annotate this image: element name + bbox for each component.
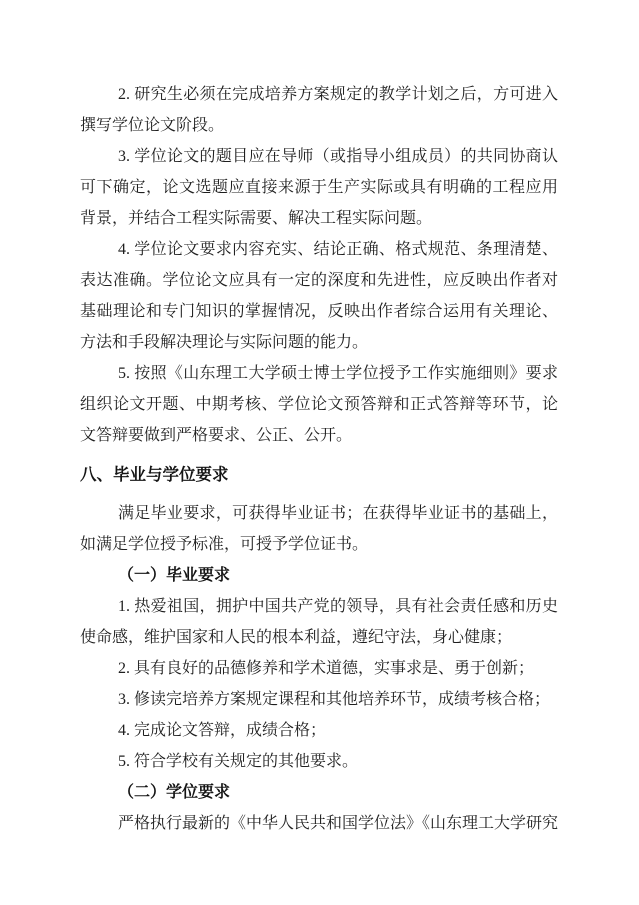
section-heading-graduation-and-degree: 八、毕业与学位要求 [80, 460, 558, 491]
paragraph-graduation-item-4: 4. 完成论文答辩，成绩合格； [80, 715, 558, 746]
paragraph-graduation-item-5: 5. 符合学校有关规定的其他要求。 [80, 746, 558, 777]
paragraph-graduation-intro: 满足毕业要求，可获得毕业证书；在获得毕业证书的基础上，如满足学位授予标准，可授予… [80, 498, 558, 560]
paragraph-graduation-item-2: 2. 具有良好的品德修养和学术道德，实事求是、勇于创新； [80, 653, 558, 684]
paragraph-thesis-item-3: 3. 学位论文的题目应在导师（或指导小组成员）的共同协商认可下确定，论文选题应直… [80, 141, 558, 234]
paragraph-thesis-item-2: 2. 研究生必须在完成培养方案规定的教学计划之后，方可进入撰写学位论文阶段。 [80, 79, 558, 141]
paragraph-thesis-item-4: 4. 学位论文要求内容充实、结论正确、格式规范、条理清楚、表达准确。学位论文应具… [80, 234, 558, 358]
paragraph-thesis-item-5: 5. 按照《山东理工大学硕士博士学位授予工作实施细则》要求组织论文开题、中期考核… [80, 358, 558, 451]
paragraph-degree-first-line: 严格执行最新的《中华人民共和国学位法》《山东理工大学研究 [80, 808, 558, 839]
document-page: 2. 研究生必须在完成培养方案规定的教学计划之后，方可进入撰写学位论文阶段。 3… [0, 0, 639, 905]
paragraph-graduation-item-1: 1. 热爱祖国，拥护中国共产党的领导，具有社会责任感和历史使命感，维护国家和人民… [80, 591, 558, 653]
subheading-graduation-requirements: （一）毕业要求 [80, 560, 558, 591]
subheading-degree-requirements: （二）学位要求 [80, 777, 558, 808]
paragraph-graduation-item-3: 3. 修读完培养方案规定课程和其他培养环节，成绩考核合格； [80, 684, 558, 715]
